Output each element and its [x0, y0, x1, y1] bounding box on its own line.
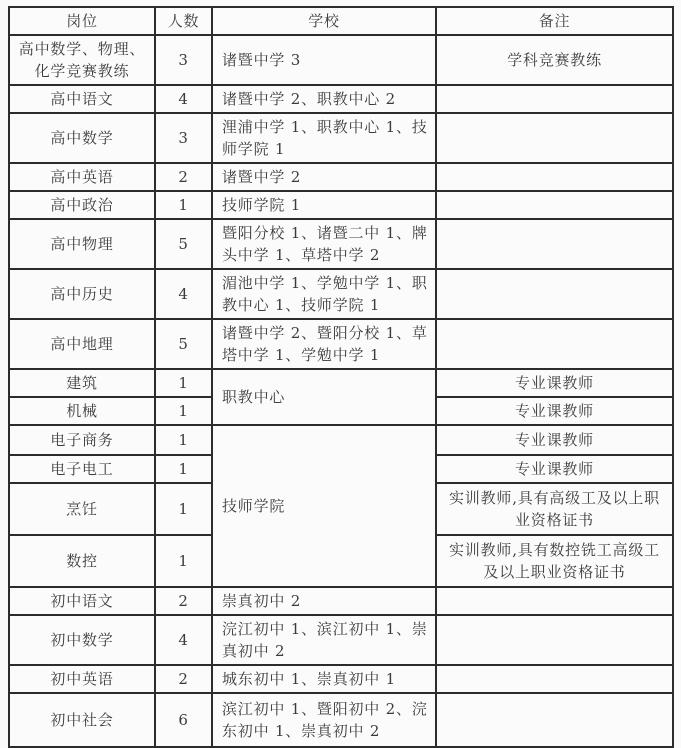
table-row: 初中语文 2 崇真初中 2 — [9, 587, 673, 615]
school-cell: 湄池中学 1、学勉中学 1、职教中心 1、技师学院 1 — [212, 269, 436, 319]
table-row: 高中地理 5 诸暨中学 2、暨阳分校 1、草塔中学 1、学勉中学 1 — [9, 319, 673, 369]
remark-cell — [436, 615, 673, 665]
remark-cell — [436, 113, 673, 163]
position-cell: 高中英语 — [9, 163, 155, 191]
remark-cell: 实训教师,具有高级工及以上职业资格证书 — [436, 483, 673, 535]
position-cell: 高中数学 — [9, 113, 155, 163]
school-cell: 诸暨中学 3 — [212, 35, 436, 85]
header-remark: 备注 — [436, 7, 673, 35]
school-cell: 浣江初中 1、滨江初中 1、崇真初中 2 — [212, 615, 436, 665]
table-row: 高中数学、物理、化学竞赛教练 3 诸暨中学 3 学科竞赛教练 — [9, 35, 673, 85]
remark-cell — [436, 319, 673, 369]
count-cell: 1 — [155, 397, 212, 425]
position-cell: 数控 — [9, 535, 155, 587]
remark-cell: 专业课教师 — [436, 425, 673, 455]
position-cell: 高中物理 — [9, 219, 155, 269]
position-cell: 建筑 — [9, 369, 155, 397]
count-cell: 1 — [155, 191, 212, 219]
recruitment-table: 岗位 人数 学校 备注 高中数学、物理、化学竞赛教练 3 诸暨中学 3 学科竞赛… — [8, 6, 674, 748]
school-cell: 诸暨中学 2、暨阳分校 1、草塔中学 1、学勉中学 1 — [212, 319, 436, 369]
remark-cell — [436, 219, 673, 269]
school-cell: 暨阳分校 1、诸暨二中 1、牌头中学 1、草塔中学 2 — [212, 219, 436, 269]
count-cell: 1 — [155, 369, 212, 397]
position-cell: 高中数学、物理、化学竞赛教练 — [9, 35, 155, 85]
remark-cell — [436, 85, 673, 113]
school-cell: 浬浦中学 1、职教中心 1、技师学院 1 — [212, 113, 436, 163]
table-row: 高中数学 3 浬浦中学 1、职教中心 1、技师学院 1 — [9, 113, 673, 163]
school-cell-merged: 技师学院 — [212, 425, 436, 587]
header-row: 岗位 人数 学校 备注 — [9, 7, 673, 35]
school-cell: 城东初中 1、崇真初中 1 — [212, 665, 436, 693]
remark-cell: 专业课教师 — [436, 369, 673, 397]
remark-cell: 专业课教师 — [436, 397, 673, 425]
position-cell: 初中英语 — [9, 665, 155, 693]
count-cell: 6 — [155, 693, 212, 747]
count-cell: 1 — [155, 455, 212, 483]
position-cell: 初中数学 — [9, 615, 155, 665]
remark-cell: 实训教师,具有数控铣工高级工及以上职业资格证书 — [436, 535, 673, 587]
position-cell: 初中社会 — [9, 693, 155, 747]
count-cell: 5 — [155, 319, 212, 369]
table-row: 建筑 1 职教中心 专业课教师 — [9, 369, 673, 397]
count-cell: 3 — [155, 35, 212, 85]
remark-cell — [436, 163, 673, 191]
table-row: 初中英语 2 城东初中 1、崇真初中 1 — [9, 665, 673, 693]
school-cell-merged: 职教中心 — [212, 369, 436, 425]
table-row: 高中政治 1 技师学院 1 — [9, 191, 673, 219]
count-cell: 1 — [155, 535, 212, 587]
table-row: 初中数学 4 浣江初中 1、滨江初中 1、崇真初中 2 — [9, 615, 673, 665]
school-cell: 滨江初中 1、暨阳初中 2、浣东初中 1、崇真初中 2 — [212, 693, 436, 747]
position-cell: 电子电工 — [9, 455, 155, 483]
header-count: 人数 — [155, 7, 212, 35]
header-school: 学校 — [212, 7, 436, 35]
remark-cell: 专业课教师 — [436, 455, 673, 483]
position-cell: 电子商务 — [9, 425, 155, 455]
position-cell: 机械 — [9, 397, 155, 425]
remark-cell — [436, 693, 673, 747]
table-row: 高中语文 4 诸暨中学 2、职教中心 2 — [9, 85, 673, 113]
count-cell: 4 — [155, 615, 212, 665]
count-cell: 2 — [155, 665, 212, 693]
position-cell: 初中语文 — [9, 587, 155, 615]
count-cell: 2 — [155, 163, 212, 191]
count-cell: 4 — [155, 85, 212, 113]
remark-cell — [436, 269, 673, 319]
school-cell: 崇真初中 2 — [212, 587, 436, 615]
position-cell: 高中政治 — [9, 191, 155, 219]
header-position: 岗位 — [9, 7, 155, 35]
position-cell: 烹饪 — [9, 483, 155, 535]
table-row: 高中历史 4 湄池中学 1、学勉中学 1、职教中心 1、技师学院 1 — [9, 269, 673, 319]
count-cell: 1 — [155, 425, 212, 455]
table-row: 高中英语 2 诸暨中学 2 — [9, 163, 673, 191]
school-cell: 诸暨中学 2、职教中心 2 — [212, 85, 436, 113]
count-cell: 2 — [155, 587, 212, 615]
table-row: 初中社会 6 滨江初中 1、暨阳初中 2、浣东初中 1、崇真初中 2 — [9, 693, 673, 747]
count-cell: 1 — [155, 483, 212, 535]
table-row: 高中物理 5 暨阳分校 1、诸暨二中 1、牌头中学 1、草塔中学 2 — [9, 219, 673, 269]
count-cell: 5 — [155, 219, 212, 269]
remark-cell — [436, 587, 673, 615]
remark-cell: 学科竞赛教练 — [436, 35, 673, 85]
remark-cell — [436, 191, 673, 219]
remark-cell — [436, 665, 673, 693]
count-cell: 3 — [155, 113, 212, 163]
school-cell: 技师学院 1 — [212, 191, 436, 219]
position-cell: 高中语文 — [9, 85, 155, 113]
position-cell: 高中历史 — [9, 269, 155, 319]
count-cell: 4 — [155, 269, 212, 319]
school-cell: 诸暨中学 2 — [212, 163, 436, 191]
position-cell: 高中地理 — [9, 319, 155, 369]
table-row: 电子商务 1 技师学院 专业课教师 — [9, 425, 673, 455]
